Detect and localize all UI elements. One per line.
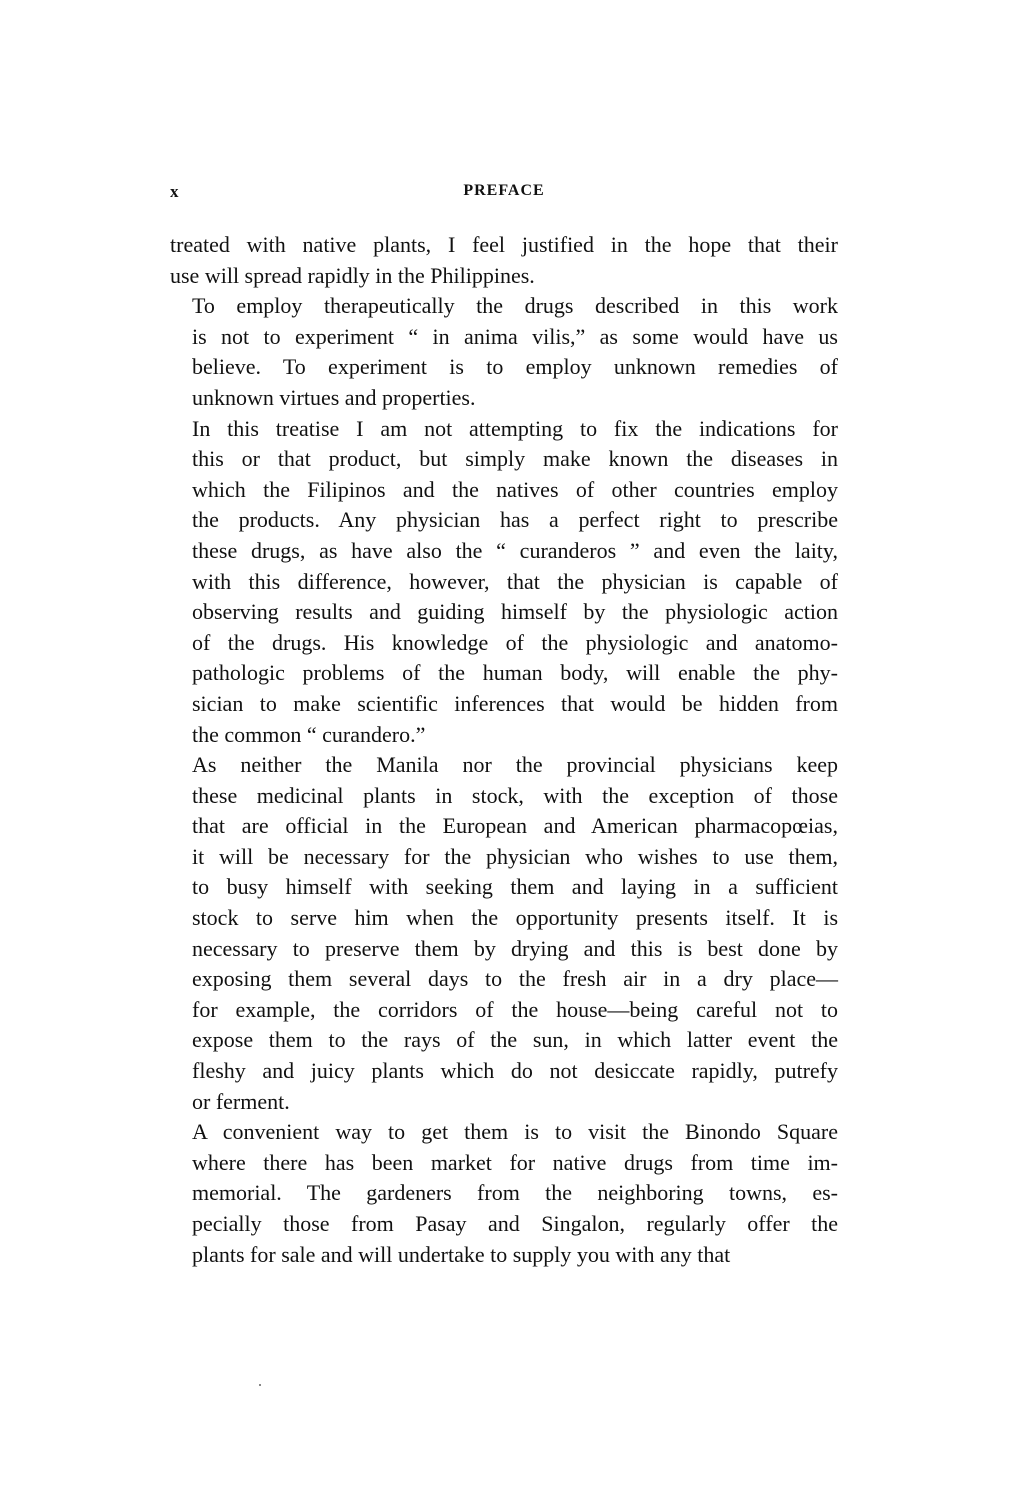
paragraph: A convenient way to get them is to visit… [170,1117,838,1270]
text-line: In this treatise I am not attempting to … [170,414,838,445]
paragraph: treated with native plants, I feel justi… [170,230,838,291]
text-line: for example, the corridors of the house—… [170,995,838,1026]
text-line: To employ therapeutically the drugs desc… [170,291,838,322]
running-head: PREFACE [170,182,838,200]
text-line: to busy himself with seeking them and la… [170,872,838,903]
text-line: plants for sale and will undertake to su… [170,1240,838,1271]
text-line: necessary to preserve them by drying and… [170,934,838,965]
text-line: observing results and guiding himself by… [170,597,838,628]
text-line: the common “ curandero.” [170,720,838,751]
text-line: pathologic problems of the human body, w… [170,658,838,689]
text-line: of the drugs. His knowledge of the physi… [170,628,838,659]
text-line: memorial. The gardeners from the neighbo… [170,1178,838,1209]
text-line: with this difference, however, that the … [170,567,838,598]
text-line: treated with native plants, I feel justi… [170,230,838,261]
page-header: x PREFACE [170,180,838,208]
text-line: expose them to the rays of the sun, in w… [170,1025,838,1056]
text-line: where there has been market for native d… [170,1148,838,1179]
text-line: sician to make scientific inferences tha… [170,689,838,720]
text-line: these drugs, as have also the “ curander… [170,536,838,567]
text-line: use will spread rapidly in the Philippin… [170,261,838,292]
paragraph: In this treatise I am not attempting to … [170,414,838,751]
text-line: that are official in the European and Am… [170,811,838,842]
text-line: it will be necessary for the physician w… [170,842,838,873]
text-line: stock to serve him when the opportunity … [170,903,838,934]
paragraph: To employ therapeutically the drugs desc… [170,291,838,413]
book-page: x PREFACE treated with native plants, I … [170,180,838,1270]
text-line: this or that product, but simply make kn… [170,444,838,475]
text-line: or ferment. [170,1087,838,1118]
text-line: fleshy and juicy plants which do not des… [170,1056,838,1087]
text-line: A convenient way to get them is to visit… [170,1117,838,1148]
text-line: unknown virtues and properties. [170,383,838,414]
text-line: As neither the Manila nor the provincial… [170,750,838,781]
text-line: which the Filipinos and the natives of o… [170,475,838,506]
scan-speck [259,1384,261,1386]
text-line: believe. To experiment is to employ unkn… [170,352,838,383]
text-line: exposing them several days to the fresh … [170,964,838,995]
text-line: is not to experiment “ in anima vilis,” … [170,322,838,353]
page-body: treated with native plants, I feel justi… [170,230,838,1270]
paragraph: As neither the Manila nor the provincial… [170,750,838,1117]
text-line: pecially those from Pasay and Singalon, … [170,1209,838,1240]
text-line: the products. Any physician has a perfec… [170,505,838,536]
text-line: these medicinal plants in stock, with th… [170,781,838,812]
